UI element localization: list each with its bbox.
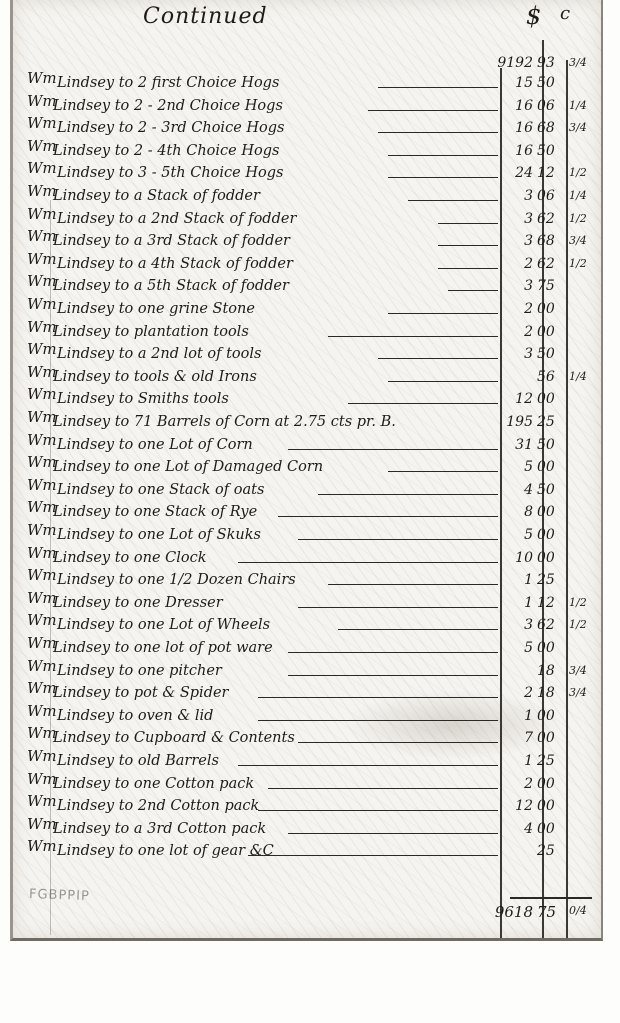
entry-cents: 00	[537, 730, 565, 746]
entry-description: Lindsey to tools & old Irons	[53, 369, 257, 385]
ledger-row: WmLindsey to 2 - 3rd Choice Hogs16683/4	[13, 119, 601, 141]
ledger-row: WmLindsey to a 2nd lot of tools350	[13, 345, 601, 367]
entry-fraction: 1/4	[569, 99, 587, 112]
entry-cents: 68	[537, 120, 565, 136]
entry-description: Lindsey to one Clock	[53, 550, 207, 566]
entry-dollars: 3	[483, 233, 533, 249]
entry-dollars: 2	[483, 685, 533, 701]
entry-prefix: Wm	[27, 295, 57, 313]
entry-description: Lindsey to 3 - 5th Choice Hogs	[57, 165, 283, 181]
entry-cents: 06	[537, 98, 565, 114]
entry-cents: 25	[537, 753, 565, 769]
fill-rule	[298, 742, 498, 743]
ledger-row: WmLindsey to a 2nd Stack of fodder3621/2	[13, 210, 601, 232]
ledger-row: WmLindsey to one Lot of Skuks500	[13, 526, 601, 548]
entry-description: Lindsey to one grine Stone	[57, 301, 255, 317]
entry-dollars: 3	[483, 617, 533, 633]
entry-description: Lindsey to one Stack of Rye	[53, 504, 257, 520]
fill-rule	[288, 449, 498, 450]
entry-dollars: 10	[483, 550, 533, 566]
entry-prefix: Wm	[27, 792, 57, 810]
ledger-row: WmLindsey to a 3rd Cotton pack400	[13, 820, 601, 842]
entry-description: Lindsey to one 1/2 Dozen Chairs	[57, 572, 296, 588]
total-fraction: 0/4	[569, 904, 587, 917]
entry-dollars: 3	[483, 346, 533, 362]
fill-rule	[258, 697, 498, 698]
entry-description: Lindsey to one lot of gear &C	[57, 843, 274, 859]
entry-dollars: 15	[483, 75, 533, 91]
ledger-row: WmLindsey to one Stack of Rye800	[13, 503, 601, 525]
fill-rule	[268, 788, 498, 789]
fill-rule	[338, 629, 498, 630]
archive-stamp: FGBPPIP	[29, 887, 90, 904]
ledger-row: WmLindsey to tools & old Irons561/4	[13, 368, 601, 390]
entry-prefix: Wm	[27, 747, 57, 765]
entry-dollars: 195	[483, 414, 533, 430]
fill-rule	[368, 110, 498, 111]
total-cents: 75	[537, 903, 565, 921]
ledger-row: WmLindsey to 2 - 4th Choice Hogs1650	[13, 142, 601, 164]
fill-rule	[388, 313, 498, 314]
entry-cents: 50	[537, 437, 565, 453]
entry-description: Lindsey to one Lot of Corn	[57, 437, 253, 453]
entry-fraction: 3/4	[569, 686, 587, 699]
fill-rule	[298, 607, 498, 608]
entry-description: Lindsey to 2nd Cotton pack	[57, 798, 259, 814]
ledger-row: WmLindsey to Cupboard & Contents700	[13, 729, 601, 751]
fill-rule	[388, 177, 498, 178]
entry-dollars: 7	[483, 730, 533, 746]
entry-cents: 00	[537, 821, 565, 837]
entry-description: Lindsey to a Stack of fodder	[53, 188, 260, 204]
entry-description: Lindsey to one Lot of Skuks	[57, 527, 261, 543]
ledger-row: WmLindsey to plantation tools200	[13, 323, 601, 345]
entry-description: Lindsey to one lot of pot ware	[53, 640, 273, 656]
fill-rule	[348, 403, 498, 404]
ledger-row: WmLindsey to one Clock1000	[13, 549, 601, 571]
ledger-row: WmLindsey to one lot of pot ware500	[13, 639, 601, 661]
entry-cents: 18	[537, 685, 565, 701]
entry-cents: 00	[537, 459, 565, 475]
ledger-row: WmLindsey to 2nd Cotton pack1200	[13, 797, 601, 819]
fill-rule	[388, 471, 498, 472]
entry-prefix: Wm	[27, 114, 57, 132]
entry-prefix: Wm	[27, 340, 57, 358]
entry-dollars: 3	[483, 278, 533, 294]
entry-prefix: Wm	[27, 431, 57, 449]
entry-cents: 75	[537, 278, 565, 294]
entry-description: Lindsey to one Stack of oats	[57, 482, 264, 498]
entry-fraction: 1/2	[569, 212, 587, 225]
entry-cents: 00	[537, 776, 565, 792]
entry-dollars: 1	[483, 708, 533, 724]
entry-dollars: 1	[483, 595, 533, 611]
total-rule	[510, 897, 592, 899]
entry-description: Lindsey to pot & Spider	[53, 685, 229, 701]
fill-rule	[328, 584, 498, 585]
brought-forward-row: 9192 93 3/4	[13, 54, 601, 76]
fill-rule	[318, 494, 498, 495]
entry-cents: 00	[537, 527, 565, 543]
entry-fraction: 3/4	[569, 121, 587, 134]
entry-description: Lindsey to a 2nd Stack of fodder	[57, 211, 296, 227]
entry-description: Lindsey to Smiths tools	[57, 391, 229, 407]
entry-description: Lindsey to Cupboard & Contents	[53, 730, 295, 746]
fill-rule	[378, 358, 498, 359]
entry-dollars: 16	[483, 143, 533, 159]
entry-dollars: 12	[483, 798, 533, 814]
entry-fraction: 1/2	[569, 618, 587, 631]
entry-cents: 00	[537, 391, 565, 407]
entry-dollars: 2	[483, 324, 533, 340]
entry-description: Lindsey to old Barrels	[57, 753, 219, 769]
ledger-row: WmLindsey to one 1/2 Dozen Chairs125	[13, 571, 601, 593]
ledger-row: WmLindsey to 3 - 5th Choice Hogs24121/2	[13, 164, 601, 186]
entry-description: Lindsey to 2 - 3rd Choice Hogs	[57, 120, 284, 136]
fill-rule	[378, 87, 498, 88]
entry-cents: 62	[537, 617, 565, 633]
fill-rule	[388, 155, 498, 156]
entry-dollars: 24	[483, 165, 533, 181]
entry-dollars: 5	[483, 527, 533, 543]
entry-cents: 00	[537, 301, 565, 317]
cents-header: c	[560, 3, 570, 24]
ledger-row: WmLindsey to one grine Stone200	[13, 300, 601, 322]
entry-dollars: 3	[483, 211, 533, 227]
entry-dollars: 2	[483, 301, 533, 317]
entry-description: Lindsey to 2 - 2nd Choice Hogs	[53, 98, 283, 114]
brought-forward-cents: 93	[537, 55, 565, 71]
entry-prefix: Wm	[27, 476, 57, 494]
entry-prefix: Wm	[27, 205, 57, 223]
entry-cents: 12	[537, 595, 565, 611]
entry-dollars: 8	[483, 504, 533, 520]
entry-dollars: 31	[483, 437, 533, 453]
entry-dollars: 3	[483, 188, 533, 204]
entry-cents: 12	[537, 165, 565, 181]
ledger-row: WmLindsey to one lot of gear &C25	[13, 842, 601, 864]
entry-fraction: 1/2	[569, 257, 587, 270]
entry-fraction: 1/2	[569, 166, 587, 179]
entry-description: Lindsey to one Dresser	[53, 595, 223, 611]
entry-dollars: 12	[483, 391, 533, 407]
fill-rule	[378, 132, 498, 133]
entry-description: Lindsey to one Lot of Wheels	[57, 617, 270, 633]
entry-description: Lindsey to a 4th Stack of fodder	[57, 256, 293, 272]
entry-description: Lindsey to a 2nd lot of tools	[57, 346, 261, 362]
ledger-row: WmLindsey to 2 - 2nd Choice Hogs16061/4	[13, 97, 601, 119]
entry-cents: 00	[537, 798, 565, 814]
entry-cents: 25	[537, 572, 565, 588]
entry-description: Lindsey to a 5th Stack of fodder	[53, 278, 289, 294]
ledger-row: WmLindsey to pot & Spider2183/4	[13, 684, 601, 706]
entry-cents: 50	[537, 143, 565, 159]
entry-description: Lindsey to one Lot of Damaged Corn	[53, 459, 323, 475]
entry-cents: 25	[537, 843, 565, 859]
entry-description: Lindsey to one Cotton pack	[53, 776, 254, 792]
entry-dollars: 5	[483, 640, 533, 656]
ledger-row: WmLindsey to Smiths tools1200	[13, 390, 601, 412]
fill-rule	[258, 810, 498, 811]
entry-description: Lindsey to 2 first Choice Hogs	[57, 75, 279, 91]
entry-dollars: 1	[483, 753, 533, 769]
fill-rule	[288, 652, 498, 653]
ledger-row: WmLindsey to one Lot of Wheels3621/2	[13, 616, 601, 638]
entry-fraction: 1/4	[569, 189, 587, 202]
ledger-row: WmLindsey to a 5th Stack of fodder375	[13, 277, 601, 299]
entry-cents: 06	[537, 188, 565, 204]
entry-prefix: Wm	[27, 521, 57, 539]
entry-dollars: 16	[483, 120, 533, 136]
entry-description: Lindsey to a 3rd Cotton pack	[53, 821, 266, 837]
entry-cents: 00	[537, 640, 565, 656]
entry-prefix: Wm	[27, 837, 57, 855]
entry-cents: 00	[537, 324, 565, 340]
entry-dollars: 4	[483, 821, 533, 837]
fill-rule	[238, 562, 498, 563]
ledger-row: WmLindsey to a Stack of fodder3061/4	[13, 187, 601, 209]
fill-rule	[278, 516, 498, 517]
ledger-row: WmLindsey to 2 first Choice Hogs1550	[13, 74, 601, 96]
fill-rule	[328, 336, 498, 337]
fill-rule	[288, 833, 498, 834]
entry-dollars: 4	[483, 482, 533, 498]
fill-rule	[258, 720, 498, 721]
fill-rule	[248, 855, 498, 856]
fill-rule	[288, 675, 498, 676]
entry-dollars: 2	[483, 776, 533, 792]
brought-forward-dollars: 9192	[483, 55, 533, 71]
entry-fraction: 3/4	[569, 234, 587, 247]
entry-prefix: Wm	[27, 611, 57, 629]
entry-cents: 25	[537, 414, 565, 430]
entry-cents: 18	[537, 663, 565, 679]
entry-fraction: 1/2	[569, 596, 587, 609]
ledger-row: WmLindsey to one Lot of Damaged Corn500	[13, 458, 601, 480]
page-title: Continued	[143, 4, 268, 29]
dollars-header: $	[526, 2, 541, 30]
entry-cents: 56	[537, 369, 565, 385]
entry-cents: 00	[537, 504, 565, 520]
ledger-row: WmLindsey to old Barrels125	[13, 752, 601, 774]
entry-description: Lindsey to 2 - 4th Choice Hogs	[53, 143, 279, 159]
entry-cents: 50	[537, 75, 565, 91]
entry-fraction: 1/4	[569, 370, 587, 383]
entry-dollars: 5	[483, 459, 533, 475]
entry-prefix: Wm	[27, 657, 57, 675]
entry-dollars: 1	[483, 572, 533, 588]
entry-cents: 00	[537, 550, 565, 566]
entry-prefix: Wm	[27, 385, 57, 403]
entry-cents: 68	[537, 233, 565, 249]
ledger-row: WmLindsey to a 4th Stack of fodder2621/2	[13, 255, 601, 277]
ledger-row: WmLindsey to one pitcher183/4	[13, 662, 601, 684]
entry-description: Lindsey to a 3rd Stack of fodder	[53, 233, 290, 249]
brought-forward-fraction: 3/4	[569, 56, 587, 69]
ledger-row: WmLindsey to one Cotton pack200	[13, 775, 601, 797]
entry-description: Lindsey to plantation tools	[53, 324, 249, 340]
ledger-row: WmLindsey to a 3rd Stack of fodder3683/4	[13, 232, 601, 254]
entry-prefix: Wm	[27, 250, 57, 268]
ledger-row: WmLindsey to one Dresser1121/2	[13, 594, 601, 616]
total-row: 9618 75 0/4	[13, 902, 601, 926]
entry-fraction: 3/4	[569, 664, 587, 677]
fill-rule	[238, 765, 498, 766]
entry-description: Lindsey to one pitcher	[57, 663, 222, 679]
entry-description: Lindsey to oven & lid	[57, 708, 213, 724]
ledger-row: WmLindsey to one Stack of oats450	[13, 481, 601, 503]
entry-dollars: 16	[483, 98, 533, 114]
entry-dollars: 2	[483, 256, 533, 272]
entry-cents: 50	[537, 346, 565, 362]
ledger-row: WmLindsey to oven & lid100	[13, 707, 601, 729]
ledger-row: WmLindsey to 71 Barrels of Corn at 2.75 …	[13, 413, 601, 435]
entry-cents: 50	[537, 482, 565, 498]
total-dollars: 9618	[483, 903, 533, 921]
ledger-row: WmLindsey to one Lot of Corn3150	[13, 436, 601, 458]
entry-prefix: Wm	[27, 159, 57, 177]
fill-rule	[298, 539, 498, 540]
entry-description: Lindsey to 71 Barrels of Corn at 2.75 ct…	[53, 414, 396, 430]
entry-cents: 62	[537, 256, 565, 272]
entry-prefix: Wm	[27, 69, 57, 87]
entry-prefix: Wm	[27, 566, 57, 584]
entry-cents: 00	[537, 708, 565, 724]
ledger-page: Continued $ c 9192 93 3/4 WmLindsey to 2…	[10, 0, 603, 941]
fill-rule	[388, 381, 498, 382]
entry-cents: 62	[537, 211, 565, 227]
entry-prefix: Wm	[27, 702, 57, 720]
